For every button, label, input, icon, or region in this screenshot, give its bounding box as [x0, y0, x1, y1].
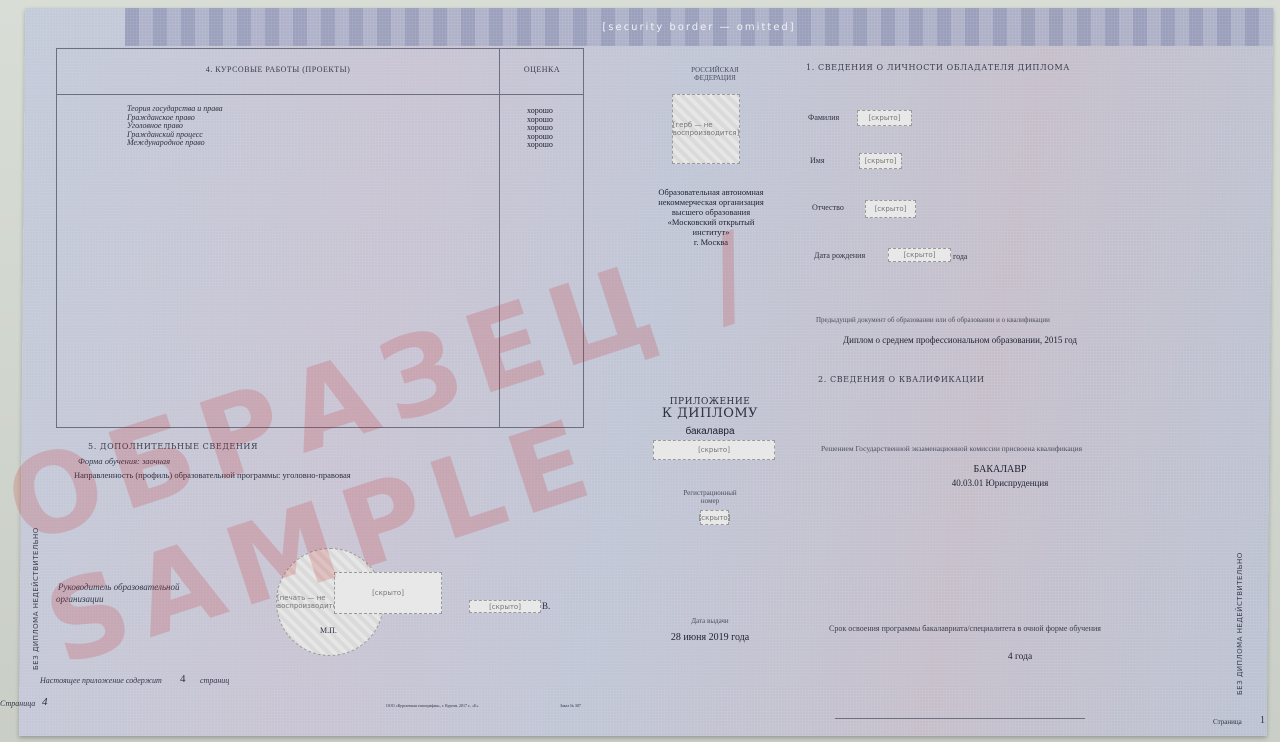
- qualification-specialty: 40.03.01 Юриспруденция: [900, 478, 1100, 488]
- birthdate-suffix: года: [953, 252, 967, 261]
- right-side-text: БЕЗ ДИПЛОМА НЕДЕЙСТВИТЕЛЬНО: [1236, 545, 1244, 695]
- left-page-number-label: Страница: [0, 699, 35, 708]
- patronymic-redacted: [скрыто]: [865, 200, 916, 218]
- page-count-suffix: страниц: [200, 676, 229, 685]
- country-line2: ФЕДЕРАЦИЯ: [650, 74, 780, 82]
- grade-list: хорошо хорошо хорошо хорошо хорошо: [527, 107, 553, 150]
- institution-line: г. Москва: [636, 237, 786, 247]
- institution-line: некоммерческая организация: [636, 197, 786, 207]
- degree-level: бакалавра: [640, 426, 780, 437]
- registration-label: Регистрационный номер: [640, 489, 780, 505]
- qualification-degree: БАКАЛАВР: [900, 464, 1100, 475]
- diploma-number-redacted: [скрыто]: [653, 440, 775, 460]
- coursework-table-header: 4. КУРСОВЫЕ РАБОТЫ (ПРОЕКТЫ) ОЦЕНКА: [57, 49, 583, 95]
- coursework-table: 4. КУРСОВЫЕ РАБОТЫ (ПРОЕКТЫ) ОЦЕНКА Теор…: [56, 48, 584, 428]
- course-item: Международное право: [127, 139, 223, 148]
- study-form: Форма обучения: заочная: [78, 456, 170, 466]
- page-count-value: 4: [180, 673, 186, 685]
- surname-label: Фамилия: [808, 113, 839, 122]
- security-border-placeholder: [security border — omitted]: [125, 8, 1273, 46]
- institution-name: Образовательная автономная некоммерческа…: [636, 187, 786, 247]
- supplement-title-line2: К ДИПЛОМУ: [640, 406, 780, 421]
- right-page-number: 1: [1260, 715, 1265, 726]
- grade-header: ОЦЕНКА: [499, 65, 585, 74]
- name-redacted: [скрыто]: [859, 153, 902, 169]
- director-label-line1: Руководитель образовательной: [58, 582, 180, 592]
- country-name: РОССИЙСКАЯ ФЕДЕРАЦИЯ: [650, 66, 780, 82]
- additional-info-title: 5. ДОПОЛНИТЕЛЬНЫЕ СВЕДЕНИЯ: [88, 442, 258, 451]
- emblem-placeholder: [герб — не воспроизводится]: [672, 94, 740, 164]
- grade-item: хорошо: [527, 141, 553, 150]
- column-divider: [499, 49, 500, 427]
- institution-line: институт»: [636, 227, 786, 237]
- registration-label-line1: Регистрационный: [640, 489, 780, 497]
- previous-education-value: Диплом о среднем профессиональном образо…: [843, 335, 1077, 345]
- printer-line: ООО «Курганская типография», г. Курган, …: [386, 703, 478, 708]
- institution-line: «Московский открытый: [636, 217, 786, 227]
- registration-label-line2: номер: [640, 497, 780, 505]
- course-list: Теория государства и права Гражданское п…: [127, 105, 223, 148]
- name-label: Имя: [810, 156, 825, 165]
- page-count-prefix: Настоящее приложение содержит: [40, 676, 162, 685]
- left-side-text: БЕЗ ДИПЛОМА НЕДЕЙСТВИТЕЛЬНО: [32, 520, 40, 670]
- duration-label: Срок освоения программы бакалавриата/спе…: [829, 624, 1101, 633]
- order-line: Заказ № 307: [560, 703, 581, 708]
- director-name-redacted: [скрыто]: [469, 600, 541, 613]
- coursework-title: 4. КУРСОВЫЕ РАБОТЫ (ПРОЕКТЫ): [57, 65, 499, 74]
- mp-label: М.П.: [320, 626, 337, 635]
- signature-redacted: [скрыто]: [334, 572, 442, 614]
- institution-line: высшего образования: [636, 207, 786, 217]
- program-profile: Направленность (профиль) образовательной…: [74, 470, 351, 480]
- qualification-decision: Решением Государственной экзаменационной…: [821, 444, 1082, 453]
- birthdate-redacted: [скрыто]: [888, 248, 951, 262]
- issue-date: 28 июня 2019 года: [640, 632, 780, 643]
- birthdate-label: Дата рождения: [814, 251, 865, 260]
- duration-value: 4 года: [950, 652, 1090, 662]
- registration-number-redacted: [скрыто]: [700, 510, 729, 525]
- personal-info-title: 1. СВЕДЕНИЯ О ЛИЧНОСТИ ОБЛАДАТЕЛЯ ДИПЛОМ…: [806, 63, 1070, 72]
- left-page-number: 4: [42, 696, 48, 708]
- footer-line: [835, 718, 1085, 719]
- director-label-line2: организации: [56, 594, 104, 604]
- issue-date-label: Дата выдачи: [640, 617, 780, 625]
- country-line1: РОССИЙСКАЯ: [650, 66, 780, 74]
- patronymic-label: Отчество: [812, 203, 844, 212]
- surname-redacted: [скрыто]: [857, 110, 912, 126]
- qualification-title: 2. СВЕДЕНИЯ О КВАЛИФИКАЦИИ: [818, 375, 985, 384]
- previous-education-label: Предыдущий документ об образовании или о…: [816, 316, 1050, 324]
- director-name-suffix: В.: [542, 601, 550, 611]
- institution-line: Образовательная автономная: [636, 187, 786, 197]
- right-page-number-label: Страница: [1213, 718, 1242, 726]
